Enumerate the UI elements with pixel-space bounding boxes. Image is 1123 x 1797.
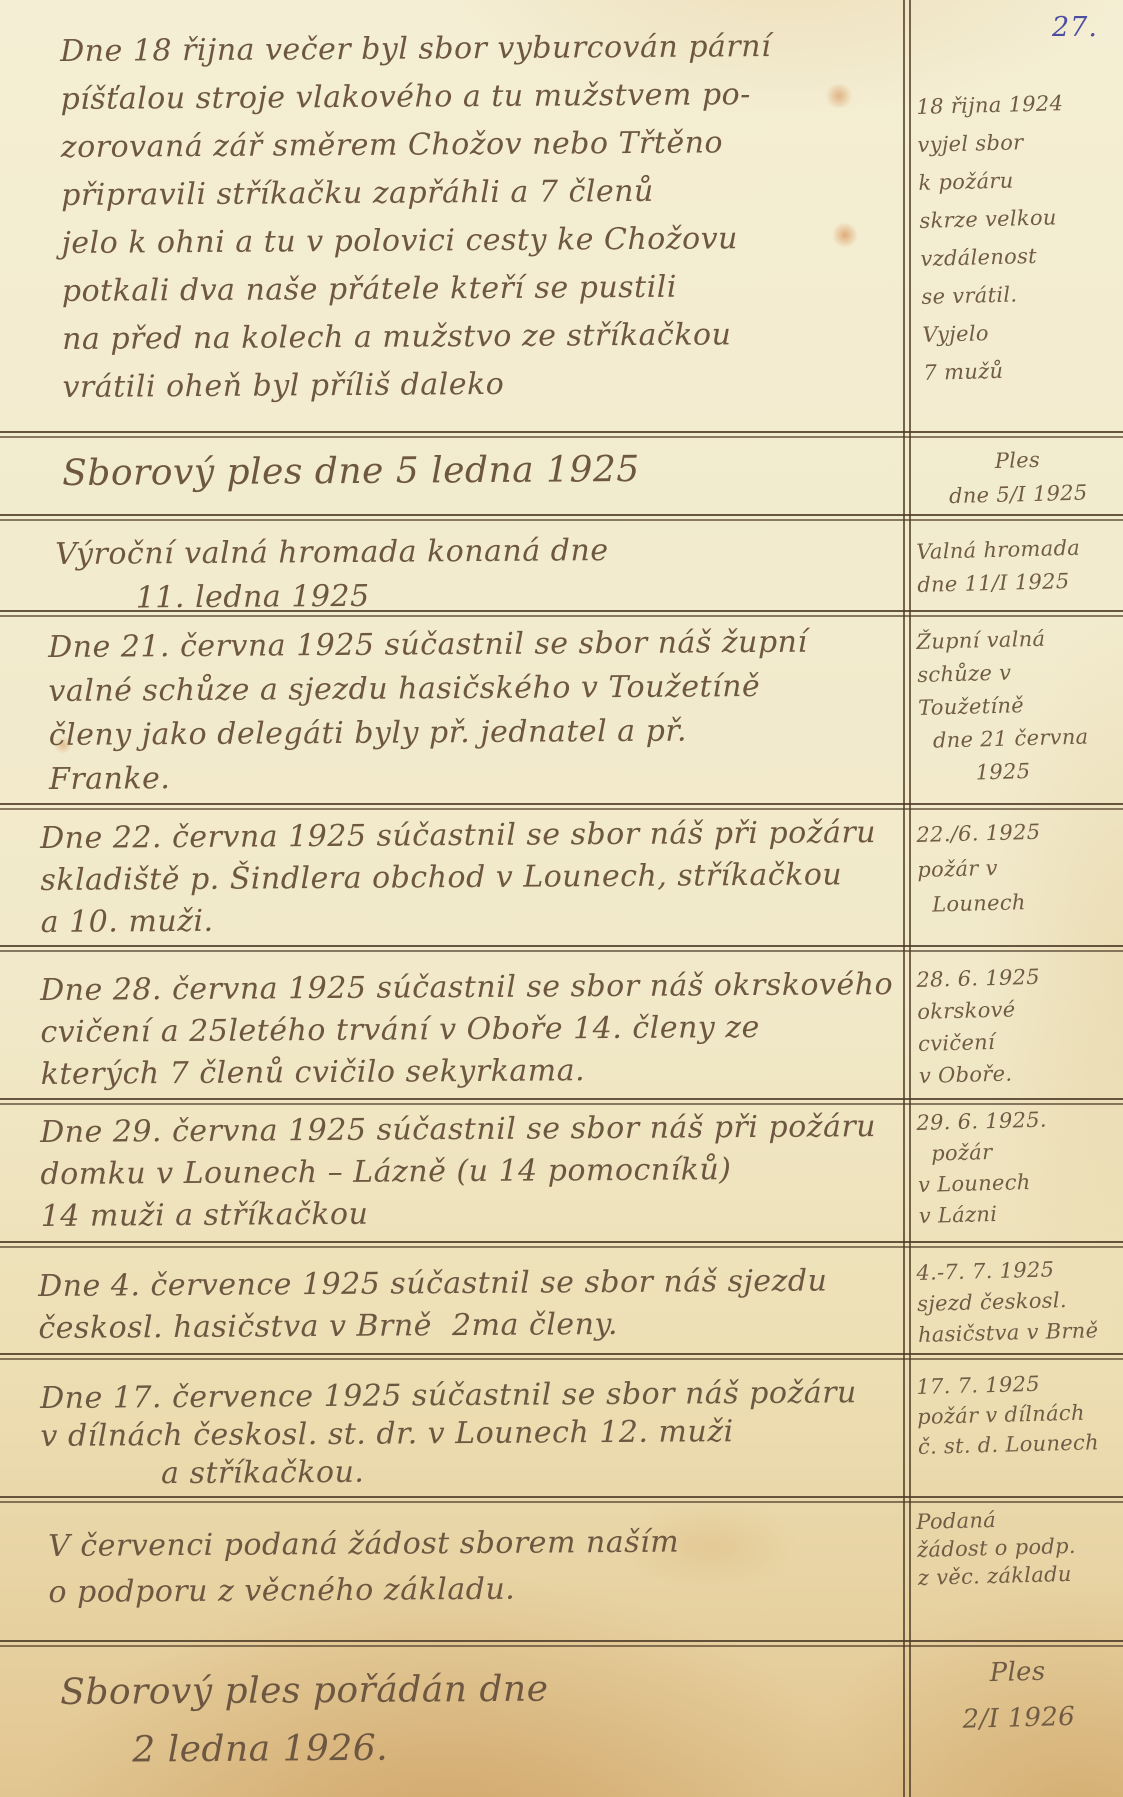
entry-text-5: Dne 22. června 1925 súčastnil se sbor ná… <box>40 812 901 944</box>
entry-divider-1 <box>0 431 1123 438</box>
entry-text-3: Výroční valná hromada konaná dne 11. led… <box>55 527 916 621</box>
entry-divider-4 <box>0 803 1123 810</box>
page-number: 27. <box>1052 12 1098 43</box>
entry-divider-10 <box>0 1640 1123 1647</box>
manuscript-page: 27. Dne 18 řijna večer byl sbor vyburcov… <box>0 0 1123 1797</box>
entry-text-9: Dne 17. července 1925 súčastnil se sbor … <box>40 1374 901 1494</box>
margin-note-10: Podaná žádost o podp. z věc. základu <box>916 1503 1120 1592</box>
entry-divider-2 <box>0 514 1123 521</box>
entry-text-10: V červenci podaná žádost sborem naším o … <box>48 1518 909 1616</box>
margin-note-2: Ples dne 5/I 1925 <box>916 441 1120 514</box>
margin-note-11: Ples 2/I 1926 <box>916 1647 1120 1744</box>
margin-note-5: 22./6. 1925 požár v Lounech <box>916 813 1121 923</box>
entry-divider-7 <box>0 1241 1123 1248</box>
entry-divider-8 <box>0 1353 1123 1360</box>
margin-note-4: Župní valná schůze v Toužetíně dne 21 če… <box>916 621 1122 791</box>
entry-text-2: Sborový ples dne 5 ledna 1925 <box>62 444 922 498</box>
entry-divider-3 <box>0 610 1123 617</box>
margin-note-6: 28. 6. 1925 okrskové cvičení v Oboře. <box>916 959 1121 1092</box>
entry-text-11: Sborový ples pořádán dne 2 ledna 1926. <box>60 1658 921 1780</box>
entry-divider-9 <box>0 1496 1123 1503</box>
entry-text-4: Dne 21. června 1925 súčastnil se sbor ná… <box>48 620 909 802</box>
entry-text-1: Dne 18 řijna večer byl sbor vyburcován p… <box>60 22 923 412</box>
margin-note-8: 4.-7. 7. 1925 sjezd českosl. hasičstva v… <box>916 1253 1120 1351</box>
margin-note-3: Valná hromada dne 11/I 1925 <box>916 531 1120 602</box>
margin-note-1: 18 řijna 1924 vyjel sbor k požáru skrze … <box>916 83 1123 392</box>
margin-note-7: 29. 6. 1925. požár v Lounech v Lázni <box>916 1103 1121 1232</box>
entry-text-6: Dne 28. června 1925 súčastnil se sbor ná… <box>40 964 901 1096</box>
entry-text-7: Dne 29. června 1925 súčastnil se sbor ná… <box>40 1106 901 1238</box>
entry-text-8: Dne 4. července 1925 súčastnil se sbor n… <box>38 1260 899 1350</box>
margin-note-9: 17. 7. 1925 požár v dílnách č. st. d. Lo… <box>916 1367 1120 1462</box>
entry-divider-5 <box>0 945 1123 952</box>
entry-divider-6 <box>0 1098 1123 1105</box>
